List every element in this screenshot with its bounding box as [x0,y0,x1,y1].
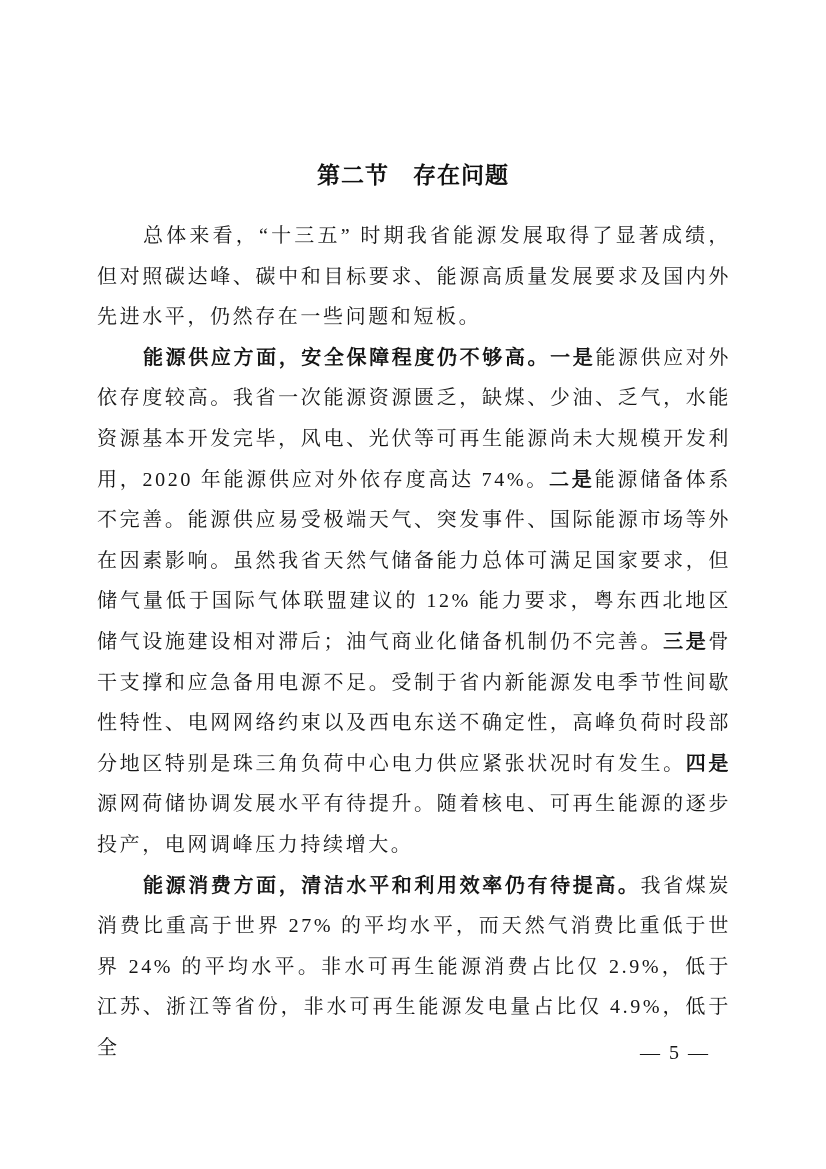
document-page: 第二节 存在问题 总体来看，“十三五” 时期我省能源发展取得了显著成绩，但对照碳… [0,0,826,1169]
paragraph-text: 能源储备体系不完善。能源供应易受极端天气、突发事件、国际能源市场等外在因素影响。… [97,469,731,653]
document-body: 总体来看，“十三五” 时期我省能源发展取得了显著成绩，但对照碳达峰、碳中和目标要… [97,216,731,1068]
lead-phrase-supply: 能源供应方面，安全保障程度仍不够高。一是 [143,347,595,369]
lead-phrase-fourth: 四是 [686,753,731,775]
lead-phrase-second: 二是 [549,469,595,491]
paragraph-energy-consumption: 能源消费方面，清洁水平和利用效率仍有待提高。我省煤炭消费比重高于世界 27% 的… [97,866,731,1069]
section-title: 第二节 存在问题 [0,161,826,189]
lead-phrase-consumption: 能源消费方面，清洁水平和利用效率仍有待提高。 [143,875,641,897]
paragraph-text: 源网荷储协调发展水平有待提升。随着核电、可再生能源的逐步投产，电网调峰压力持续增… [97,793,731,856]
lead-phrase-third: 三是 [663,631,708,653]
paragraph-overview: 总体来看，“十三五” 时期我省能源发展取得了显著成绩，但对照碳达峰、碳中和目标要… [97,216,731,338]
paragraph-text: 总体来看，“十三五” 时期我省能源发展取得了显著成绩，但对照碳达峰、碳中和目标要… [97,225,731,328]
paragraph-energy-supply: 能源供应方面，安全保障程度仍不够高。一是能源供应对外依存度较高。我省一次能源资源… [97,338,731,866]
page-number: — 5 — [640,1040,710,1066]
paragraph-text: 我省煤炭消费比重高于世界 27% 的平均水平，而天然气消费比重低于世界 24% … [97,875,731,1059]
